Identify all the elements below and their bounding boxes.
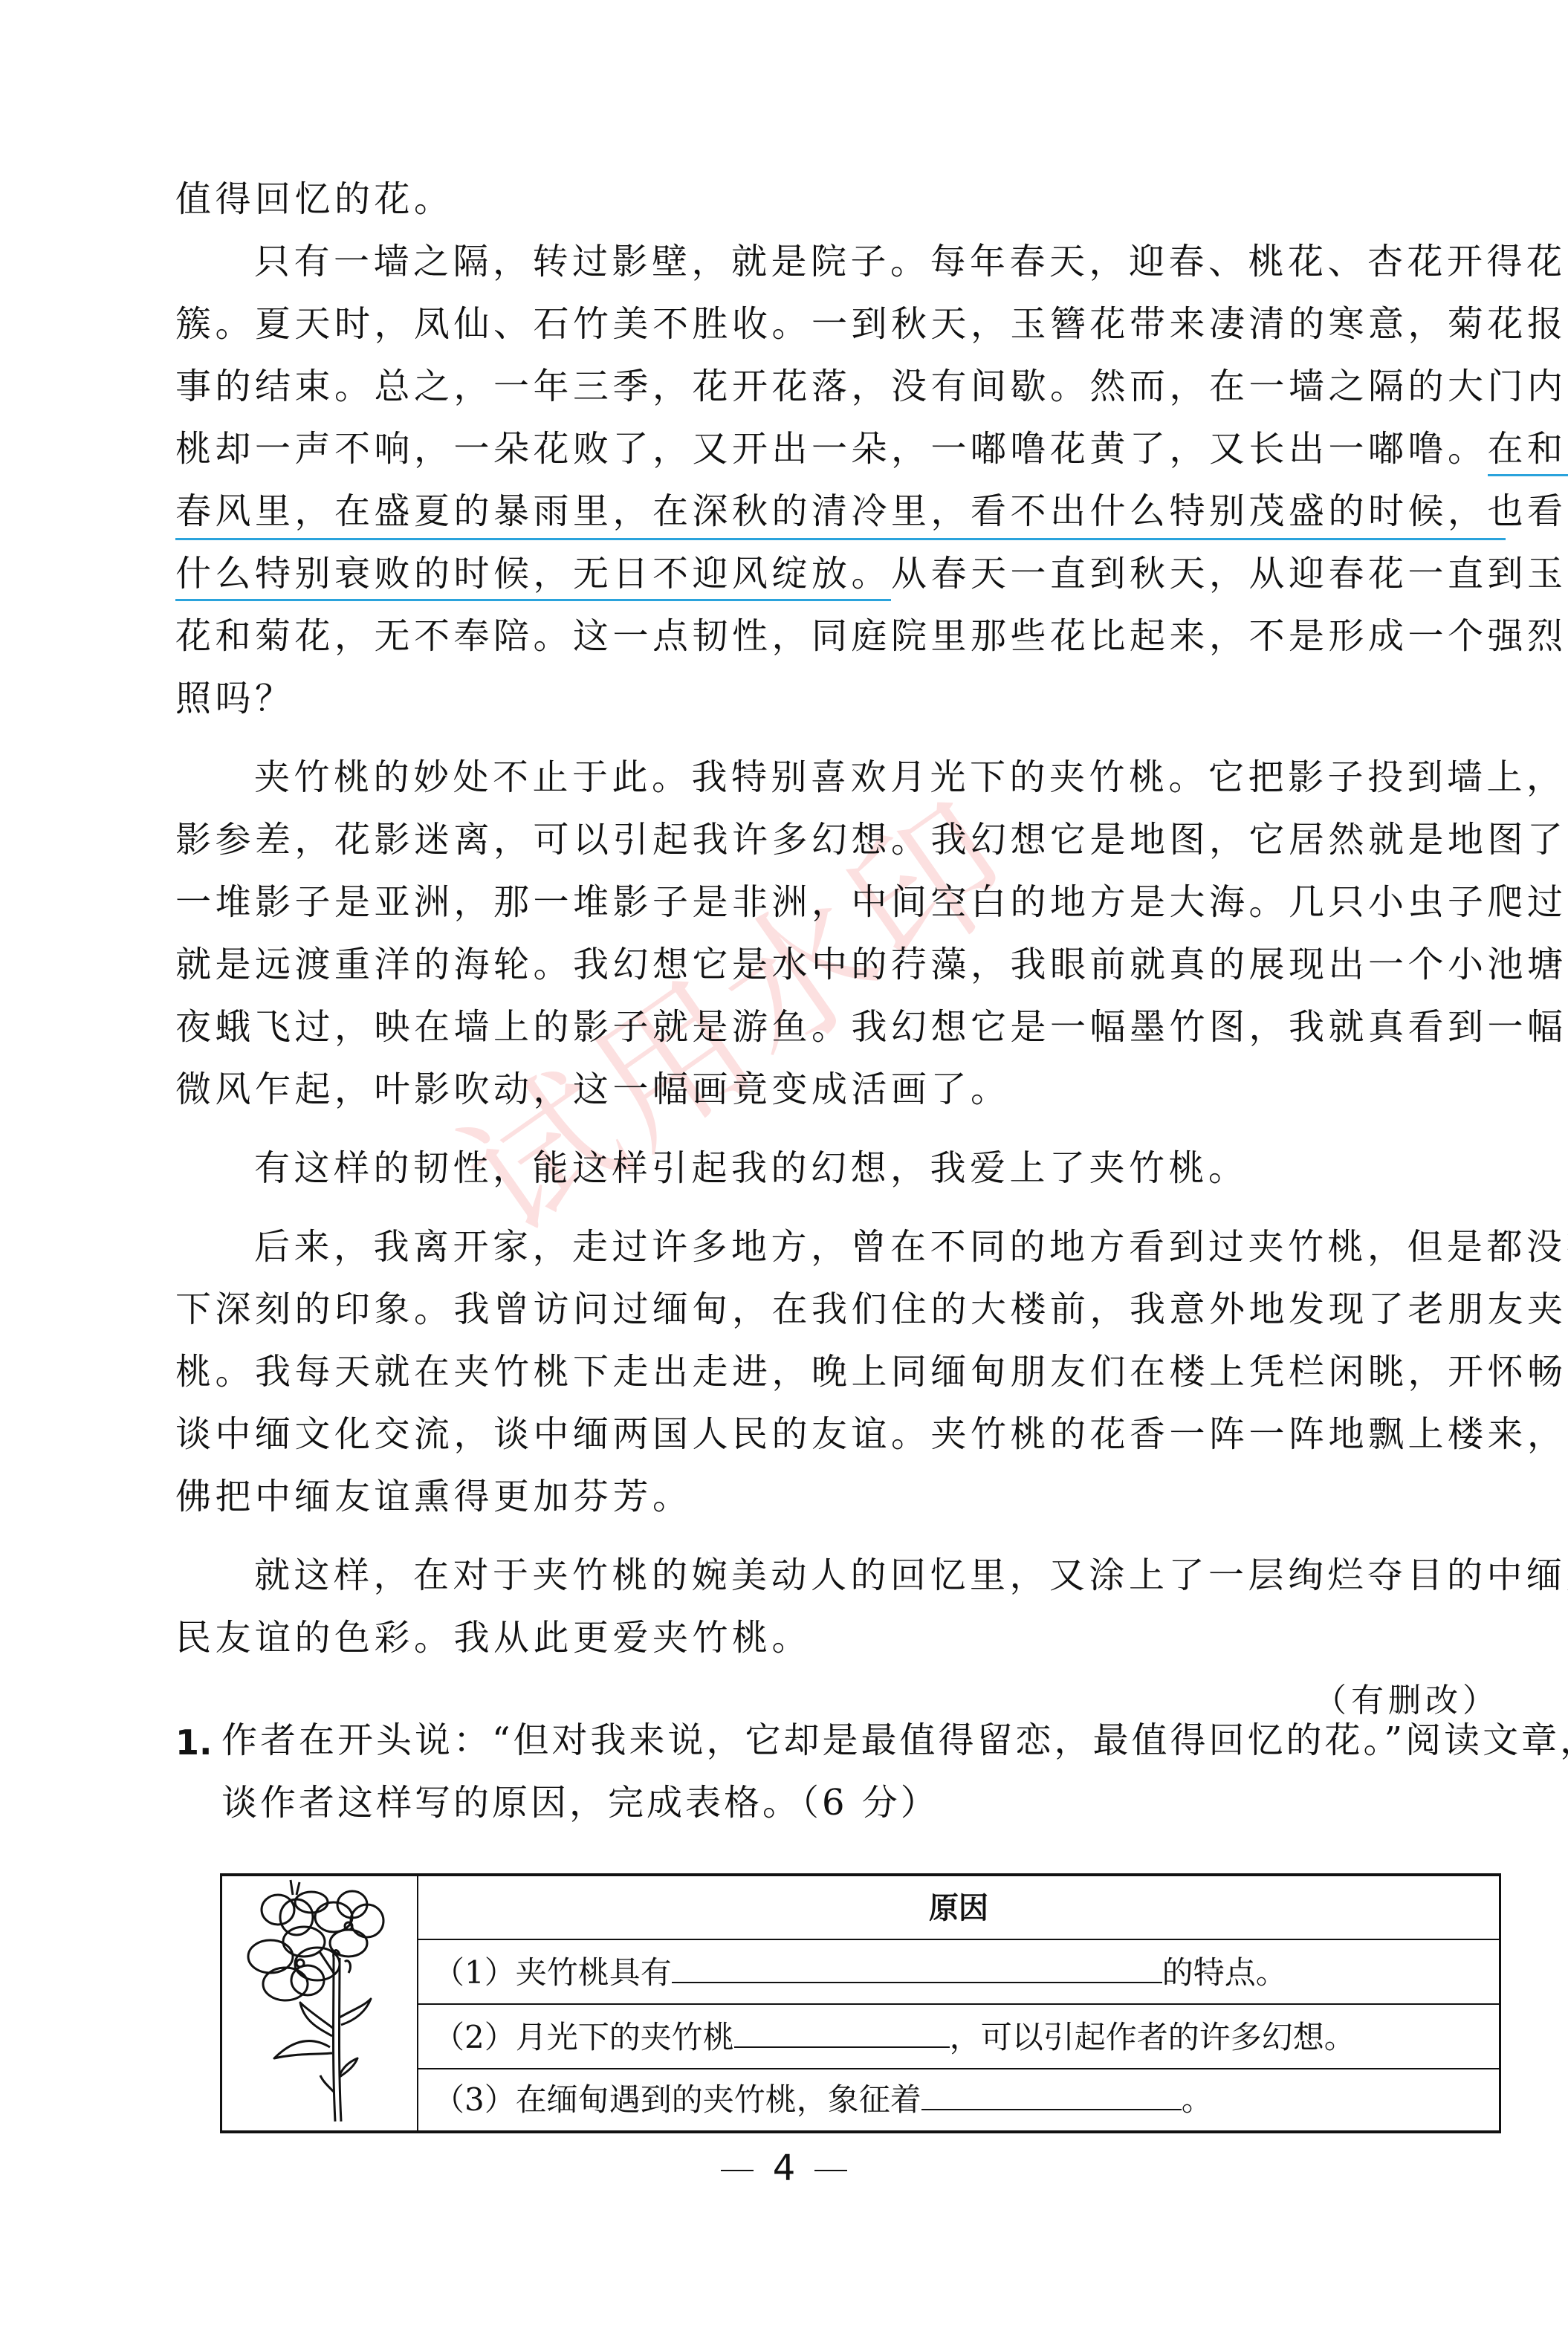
row-prefix: （1）夹竹桃具有 xyxy=(433,1954,672,1991)
passage-line: 事的结束。总之，一年三季，花开花落，没有间歇。然而，在一墙之隔的大门内，夹竹 xyxy=(175,364,1506,409)
passage-line: 夜蛾飞过，映在墙上的影子就是游鱼。我幻想它是一幅墨竹图，我就真看到一幅画。 xyxy=(175,1005,1506,1049)
passage-line: 下深刻的印象。我曾访问过缅甸，在我们住的大楼前，我意外地发现了老朋友夹竹 xyxy=(175,1287,1506,1332)
table-header: 原因 xyxy=(418,1876,1499,1940)
passage-line: 什么特别衰败的时候，无日不迎风绽放。从春天一直到秋天，从迎春花一直到玉簪 xyxy=(175,551,1506,596)
table-row: （3）在缅甸遇到的夹竹桃，象征着。 xyxy=(418,2069,1499,2130)
underlined-sentence: 什么特别衰败的时候，无日不迎风绽放。 xyxy=(175,553,891,601)
answer-blank[interactable] xyxy=(734,2020,950,2048)
flower-illustration-cell xyxy=(222,1876,418,2130)
page-number-value: 4 xyxy=(773,2147,796,2189)
page-number: 4 xyxy=(0,2147,1568,2189)
passage-text: 从春天一直到秋天，从迎春花一直到玉簪 xyxy=(891,553,1568,594)
row-suffix: ，可以引起作者的许多幻想。 xyxy=(950,2019,1355,2055)
passage-line: 簇。夏天时，凤仙、石竹美不胜收。一到秋天，玉簪花带来凄清的寒意，菊花报告花 xyxy=(175,302,1506,346)
passage-line: 照吗？ xyxy=(175,676,1506,721)
row-suffix: 。 xyxy=(1182,2081,1213,2118)
passage-line: 后来，我离开家，走过许多地方，曾在不同的地方看到过夹竹桃，但是都没有留 xyxy=(175,1225,1506,1269)
question-number: 1. xyxy=(175,1722,212,1763)
underlined-sentence: 春风里，在盛夏的暴雨里，在深秋的清冷里，看不出什么特别茂盛的时候，也看不出 xyxy=(175,489,1506,540)
passage-line: 桃。我每天就在夹竹桃下走出走进，晚上同缅甸朋友们在楼上凭栏闲眺，开怀畅谈， xyxy=(175,1349,1506,1394)
passage-line: 花和菊花，无不奉陪。这一点韧性，同庭院里那些花比起来，不是形成一个强烈的对 xyxy=(175,614,1506,658)
passage-line: 就这样，在对于夹竹桃的婉美动人的回忆里，又涂上了一层绚烂夺目的中缅人 xyxy=(175,1553,1506,1598)
passage-line: 就是远渡重洋的海轮。我幻想它是水中的荇藻，我眼前就真的展现出一个小池塘。 xyxy=(175,942,1506,987)
row-suffix: 的特点。 xyxy=(1162,1954,1287,1991)
passage-line: 春风里，在盛夏的暴雨里，在深秋的清冷里，看不出什么特别茂盛的时候，也看不出 xyxy=(175,489,1506,540)
underlined-sentence: 在和煦的 xyxy=(1488,428,1568,476)
passage-line: 夹竹桃的妙处不止于此。我特别喜欢月光下的夹竹桃。它把影子投到墙上，叶 xyxy=(175,755,1506,800)
answer-table: 原因 （1）夹竹桃具有的特点。 （2）月光下的夹竹桃，可以引起作者的许多幻想。 … xyxy=(220,1873,1501,2133)
passage-line: 值得回忆的花。 xyxy=(175,177,1506,221)
question-text: 谈作者这样写的原因，完成表格。（6 分） xyxy=(221,1780,939,1825)
passage-line: 微风乍起，叶影吹动，这一幅画竟变成活画了。 xyxy=(175,1067,1506,1112)
oleander-flower-icon xyxy=(222,1876,415,2129)
passage-line: 桃却一声不响，一朵花败了，又开出一朵，一嘟噜花黄了，又长出一嘟噜。在和煦的 xyxy=(175,427,1506,471)
passage-line: 民友谊的色彩。我从此更爱夹竹桃。 xyxy=(175,1615,1506,1660)
table-row: （2）月光下的夹竹桃，可以引起作者的许多幻想。 xyxy=(418,2005,1499,2069)
dash-right xyxy=(814,2170,847,2171)
passage-line: 有这样的韧性，能这样引起我的幻想，我爱上了夹竹桃。 xyxy=(175,1146,1506,1190)
passage-line: 影参差，花影迷离，可以引起我许多幻想。我幻想它是地图，它居然就是地图了。这 xyxy=(175,817,1506,862)
question-text: 作者在开头说：“但对我来说，它却是最值得留恋，最值得回忆的花。”阅读文章，谈 xyxy=(221,1718,1568,1763)
row-prefix: （2）月光下的夹竹桃 xyxy=(433,2019,734,2055)
passage-line: 佛把中缅友谊熏得更加芬芳。 xyxy=(175,1474,1506,1519)
answer-blank[interactable] xyxy=(921,2082,1182,2110)
source-note: （有删改） xyxy=(1314,1673,1500,1721)
passage-line: 谈中缅文化交流，谈中缅两国人民的友谊。夹竹桃的花香一阵一阵地飘上楼来，仿 xyxy=(175,1412,1506,1456)
answer-blank[interactable] xyxy=(672,1955,1162,1983)
passage-line: 只有一墙之隔，转过影壁，就是院子。每年春天，迎春、桃花、杏花开得花团锦 xyxy=(175,239,1506,284)
passage-line: 一堆影子是亚洲，那一堆影子是非洲，中间空白的地方是大海。几只小虫子爬过，这 xyxy=(175,880,1506,924)
passage-text: 桃却一声不响，一朵花败了，又开出一朵，一嘟噜花黄了，又长出一嘟噜。 xyxy=(175,428,1488,470)
table-row: （1）夹竹桃具有的特点。 xyxy=(418,1940,1499,2005)
row-prefix: （3）在缅甸遇到的夹竹桃，象征着 xyxy=(433,2081,921,2118)
dash-left xyxy=(721,2170,754,2171)
